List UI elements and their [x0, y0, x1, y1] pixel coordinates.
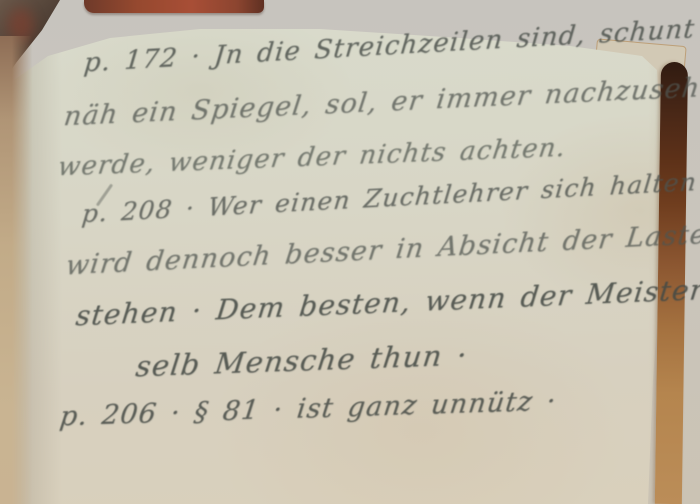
red-cover-strip	[84, 0, 264, 13]
binding-strip	[0, 36, 34, 504]
manuscript-photo: p. 172 · Jn die Streichzeilen sind, schu…	[0, 0, 700, 504]
